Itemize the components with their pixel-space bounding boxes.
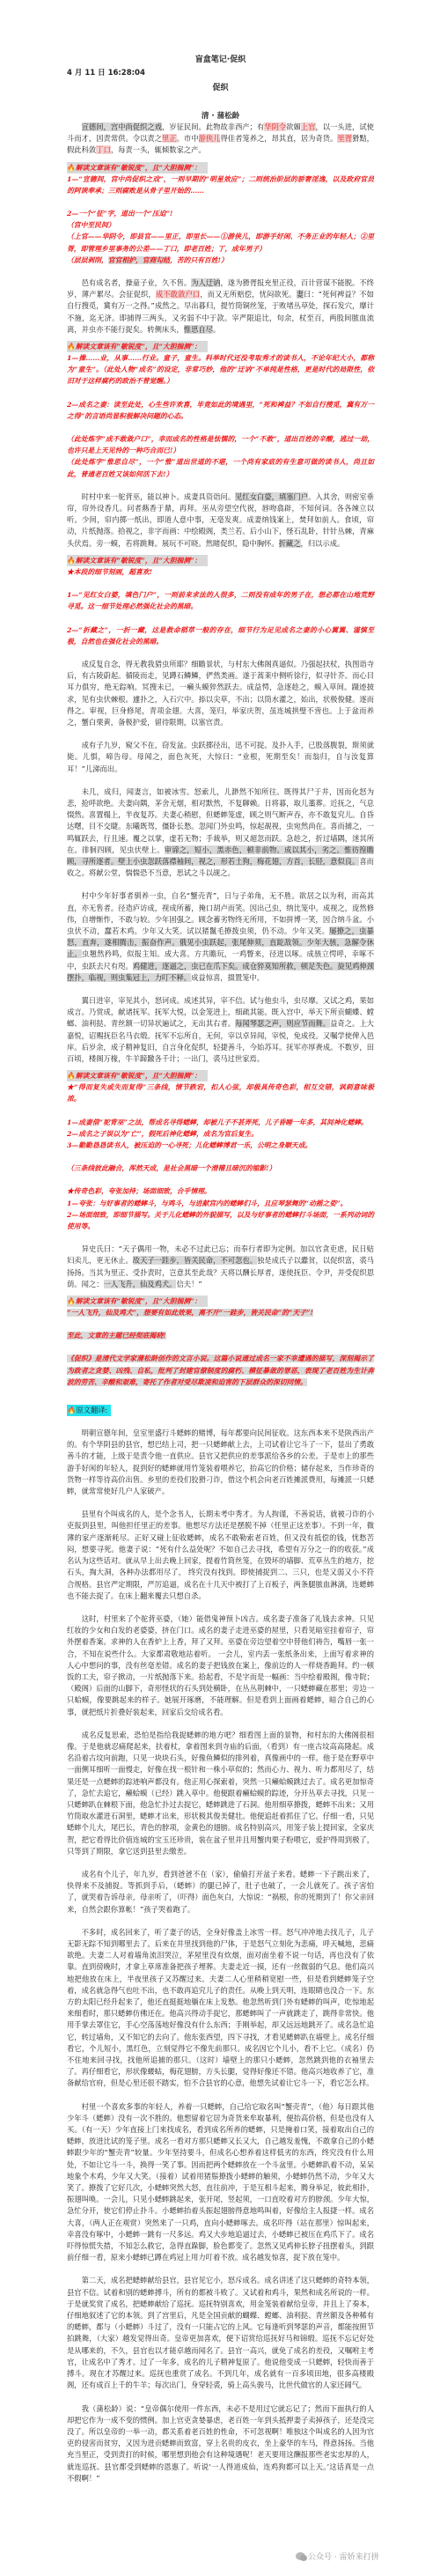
- text: 。市中: [177, 134, 199, 143]
- note: 1—成妻借“驼背巫”之法，帮成名寻得蟋蟀，却被儿子不甚弄死，儿子昏睡一年多，其间…: [67, 1117, 374, 1128]
- fire-icon: 🔥: [67, 1072, 76, 1080]
- spacer: [67, 480, 374, 491]
- highlight: 折藏之: [279, 539, 301, 548]
- red-keyword: 成不敢敛户口: [156, 290, 200, 299]
- spacer: [67, 266, 374, 277]
- note: 2—场面细致，即细节描写。关于儿化蟋蟀的外貌描写，以及与好事者的蟋蟀打斗场面，一…: [67, 1209, 374, 1232]
- article-title: 促织: [67, 83, 374, 93]
- original-paragraph-9: 异史氏曰：“天子偶用一物，未必不过此已忘；而奉行者即为定例。加以官贪吏虐，民日贴…: [67, 1244, 374, 1290]
- note: （宫中至民间）: [67, 219, 374, 231]
- text: 邑有成名者，操童子业，久不售。: [82, 278, 192, 287]
- text: 未几，成归，闻妻言，如被冰雪。怒索儿，儿渺然不知所往。既得其尸于井，因而化怒为悲…: [67, 787, 374, 854]
- translation-paragraph: 不多时，成名回来了，听了妻子的话，全身好像盖上冰雪一样。怒气冲冲地去找儿子，儿子…: [67, 1927, 374, 2090]
- spacer: [67, 422, 374, 433]
- spacer: [67, 1857, 374, 1869]
- fire-icon: 🔥: [67, 1406, 76, 1414]
- note: 1—“宣德间，宫中尚促织之戏”，一则早期的“明星效应”；二则统治阶层的骄奢淫逸，…: [67, 173, 374, 196]
- wechat-icon: [296, 2552, 305, 2560]
- translation-paragraph: 第二天，成名把蟋蟀献给县官，县官见它小，怒斥成名。成名讲述了这只蟋蟀的奇特本领，…: [67, 2275, 374, 2391]
- annotation-heading-text: 解读文章该有“敏锐度”，且“大胆揣测”：: [76, 343, 202, 351]
- highlight: 宣德间，宫中尚促织之戏: [82, 122, 162, 131]
- original-paragraph-6: 未几，成归，闻妻言，如被冰雪。怒索儿，儿渺然不知所往。既得其尸于井，因而化怒为悲…: [67, 786, 374, 880]
- fire-icon: 🔥: [67, 164, 76, 172]
- highlight: “一人飞升，仙及鸡犬”，想要有如此效果，离不开“一跬步，皆关民命”的“天子”!: [67, 1309, 313, 1317]
- note: 2—成名之子误以为“亡”，假死后神化蟋蟀，成名为官后复生。: [67, 1128, 374, 1140]
- highlight: 为人迂讷: [191, 278, 220, 287]
- note: ★“得而复失或失而复得”三条线，情节跌宕，扣人心弦，却极具传奇色彩，相互交错，讽…: [67, 1081, 374, 1104]
- spacer: [67, 2263, 374, 2275]
- original-paragraph-4: 成反复自念，得无教我猎虫所耶？细瞻景状，与村东大佛阁真逼似。乃强起扶杖，执图诣寺…: [67, 659, 374, 728]
- spacer: [67, 1388, 374, 1399]
- annotation-heading: 🔥解读文章该有“敏锐度”，且“大胆揣测”：: [67, 1295, 208, 1307]
- spacer: [67, 775, 374, 786]
- note: （此处炼字“成不敢敛户口”，幸而成名的性格是怯懦的，一个“不敢”，道出百姓的辛酸…: [67, 433, 374, 456]
- spacer: [67, 1718, 374, 1730]
- spacer: [67, 388, 374, 399]
- document-page: 盲盒笔记·促织 4 月 11 日 16:28:04 促织 清 · 蒲松龄 宣德间…: [67, 0, 374, 2484]
- red-keyword: 丁口: [96, 145, 111, 154]
- text: 欲媚: [286, 122, 301, 131]
- highlight: 每闻琴瑟之声，则应节而舞。: [235, 1019, 330, 1028]
- text: 。: [213, 325, 220, 334]
- spacer: [67, 1105, 374, 1117]
- spacer: [67, 578, 374, 589]
- spacer: [67, 728, 374, 740]
- highlight: 故天子一跬步，皆关民命，不可忽也。: [133, 1256, 257, 1265]
- fire-icon: 🔥: [67, 557, 76, 565]
- annotation-heading-text: 解读文章该有“敏锐度”，且“大胆揣测”：: [76, 557, 202, 565]
- spacer: [67, 1341, 374, 1353]
- translation-paragraph: 成名反复思索，恐怕是指给我捉蟋蟀的地方吧？细看图上面的景物，和村东的大佛阁很相像…: [67, 1730, 374, 1857]
- highlight: 惟思自尽: [184, 325, 213, 334]
- translation-paragraph: 这时，村里来了个驼背巫婆，（她）能借鬼神预卜凶吉。成名妻子准备了礼钱去求神。只见…: [67, 1613, 374, 1718]
- spacer: [67, 196, 374, 208]
- note: 1—夸张：与好事者的蟋蟀斗，与鸡斗，与进献宫内的蟋蟀们斗，且应琴瑟舞的“动摇之姿…: [67, 1198, 374, 1209]
- original-paragraph-7: 村中少年好事者驯养一虫，自名“蟹壳青”，日与子弟角，无不胜。欲居之以为利，而高其…: [67, 890, 374, 984]
- highlight: 见红女白婆，填塞门户: [235, 492, 308, 501]
- fire-icon: 🔥: [67, 1297, 76, 1305]
- doc-title: 盲盒笔记·促织: [67, 55, 374, 65]
- original-paragraph-2: 邑有成名者，操童子业，久不售。为人迂讷，遂为猾胥报充里正役，百计营谋不能脱。不终…: [67, 277, 374, 336]
- red-keyword: 华阴令: [264, 122, 286, 131]
- spacer: [67, 1151, 374, 1163]
- note: ★传奇色彩，夸张加持；场面细致，合乎情理。: [67, 1185, 374, 1197]
- text: ，而又无所赔偿，忧闷欲死。: [200, 290, 296, 299]
- note: ★本段的细节刻画，超喜欢!: [67, 566, 374, 578]
- note: 2—成名之妻：读至此处，心生些许欢喜，毕竟如此的境遇里，“死和裨益？不如自行搜觅…: [67, 399, 374, 422]
- spacer: [67, 879, 374, 890]
- spacer: [67, 1232, 374, 1244]
- note: 1—“见红女白婆，填色门户”，一则前来求法的人很多，二则没有成年的男子在，想必都…: [67, 589, 374, 612]
- original-paragraph-8: 翼日进宰，宰见其小，怒诃成。成述其异，宰不信。试与他虫斗，虫尽靡。又试之鸡，果如…: [67, 995, 374, 1065]
- translation-paragraph: 县里有个叫成名的人，是个念书人，长期未考中秀才。为人拘谨，不善说话，就被刁诈的小…: [67, 1509, 374, 1602]
- original-paragraph-3: 时村中来一驼背巫，能以神卜。成妻具资诣问。见红女白婆，填塞门户。入其舍，则密室垂…: [67, 491, 374, 550]
- annotation-heading: 🔥解读文章该有“敏锐度”，且“大胆揣测”：: [67, 1070, 208, 1081]
- fire-icon: 🔥: [67, 343, 76, 351]
- red-keyword: 游侠儿: [199, 134, 221, 143]
- text: 村中少年好事者驯养一虫，自名“蟹壳青”，日与子弟角，无不胜。欲居之以为利，而高其…: [67, 891, 374, 935]
- highlight: 至此，文章的主题已经彻底揭晓!: [67, 1332, 166, 1340]
- spacer: [67, 2090, 374, 2101]
- spacer: [67, 1915, 374, 1927]
- note: 2—一个“征”字，道出一个“压迫”!: [67, 208, 374, 219]
- annotation-heading: 🔥解读文章该有“敏锐度”，且“大胆揣测”：: [67, 555, 208, 566]
- text: ，苦的只有百姓!）: [170, 256, 228, 264]
- annotation-heading-text: 解读文章该有“敏锐度”，且“大胆揣测”：: [76, 1072, 202, 1080]
- note: 2—“折藏之”，一折一藏，这是救命稻草一般的存在，细节行为足见成名之妻的小心翼翼…: [67, 624, 374, 647]
- translation-heading: 🔥原文翻译:: [67, 1405, 111, 1416]
- note: 1—操……业，从事……行业。童子，童生。科举时代还没考取秀才的读书人，不论年纪大…: [67, 352, 374, 388]
- highlight: 妻: [297, 290, 304, 299]
- note: （三条线彼此融合，浑然天成，是社会黑暗一个滑稽且暗沉的缩影!）: [67, 1163, 374, 1174]
- original-paragraph-5: 成有子九岁，窥父不在，窃发盆。虫跃掷径出，迅不可捉。及扑入手，已股落腹裂，斯须就…: [67, 740, 374, 775]
- spacer: [67, 1318, 374, 1330]
- text: ，岁征民间。此物故非西产；有: [162, 122, 264, 131]
- red-keyword: 上官: [301, 122, 316, 131]
- spacer: [67, 984, 374, 995]
- spacer: [67, 1497, 374, 1509]
- spacer: [67, 1602, 374, 1613]
- note: 3—勤勤恳恳读书人，被压迫的一心寻死；儿化蟋蟀博君一乐，公明之身顺天成。: [67, 1140, 374, 1151]
- spacer: [67, 1416, 374, 1428]
- note: （此处炼字“惟思自尽”，一个“惟”道出世道的不堪，一个尚有家底的有生意可做的读书…: [67, 456, 374, 479]
- red-keyword: 里正: [162, 134, 177, 143]
- spacer: [67, 613, 374, 624]
- note: （层层剥削，官官相护，官商勾结，苦的只有百姓!）: [67, 255, 374, 266]
- text: 成益惊喜，掇置笼中。: [191, 973, 264, 982]
- translation-paragraph: 我（蒲松龄）说：“皇帝偶尔使用一件东西，未必不是用过它就忘记了；然而下面执行的人…: [67, 2403, 374, 2484]
- watermark: 公众号 · 雷娇来打拼: [296, 2550, 379, 2562]
- text: 得佳者笼养之，昂其直，居为奇货。: [220, 134, 337, 143]
- timestamp: 4 月 11 日 16:28:04: [67, 67, 374, 79]
- annotation-heading-text: 解读文章该有“敏锐度”，且“大胆揣测”：: [76, 164, 202, 172]
- text: ，归以示成。: [301, 539, 345, 548]
- note: 《促织》是清代文学家蒲松龄创作的文言小说。这篇小说通过成名一家不幸遭遇的描写，深…: [67, 1353, 374, 1388]
- highlight: 一人飞升，仙及鸡犬。: [104, 1280, 177, 1288]
- author-line: 清 · 蒲松龄: [67, 111, 374, 122]
- translation-paragraph: 成名有个儿子，年九岁，看到爸爸不在（家），偷偷打开盆子来看。蟋蟀一下子跳出来了，…: [67, 1869, 374, 1915]
- translation-heading-text: 原文翻译:: [76, 1406, 107, 1414]
- summary-highlight: 《促织》是清代文学家蒲松龄创作的文言小说。这篇小说通过成名一家不幸遭遇的描写，深…: [67, 1354, 374, 1385]
- spacer: [67, 1174, 374, 1185]
- annotation-heading: 🔥解读文章该有“敏锐度”，且“大胆揣测”：: [67, 341, 208, 352]
- watermark-label: 公众号 · 雷娇来打拼: [308, 2550, 379, 2562]
- spacer: [67, 2392, 374, 2403]
- text: 信夫！”: [176, 1280, 202, 1288]
- translation-paragraph: 明朝宣德年间，皇室里盛行斗蟋蟀的赌博，每年都要向民间征收。这东西本来不是陕西出产…: [67, 1428, 374, 1497]
- text: ，每责一头，辄倾数家之产。: [111, 145, 206, 154]
- annotation-heading-text: 解读文章该有“敏锐度”，且“大胆揣测”：: [76, 1297, 202, 1305]
- spacer: [67, 647, 374, 659]
- red-keyword: 里胥: [337, 134, 352, 143]
- text: 时村中来一驼背巫，能以神卜。成妻具资诣问。: [82, 492, 236, 501]
- note: “一人飞升，仙及鸡犬”，想要有如此效果，离不开“一跬步，皆关民命”的“天子”!: [67, 1307, 374, 1318]
- text: （层层剥削，: [67, 256, 108, 264]
- note: （上官——华阴令，即县官——里正，即里长——①游侠儿，即游手好闲、不务正业的年轻…: [67, 231, 374, 254]
- note: 至此，文章的主题已经彻底揭晓!: [67, 1330, 374, 1341]
- translation-paragraph: 村里一个喜欢多事的年轻人，养着一只蟋蟀，自己给它取名叫“蟹壳青”，（他）每日跟其…: [67, 2101, 374, 2264]
- original-paragraph-1: 宣德间，宫中尚促织之戏，岁征民间。此物故非西产；有华阴令欲媚上官，以一头进，试使…: [67, 122, 374, 157]
- highlight: 官官相护，官商勾结: [108, 256, 170, 264]
- annotation-heading: 🔥解读文章该有“敏锐度”，且“大胆揣测”：: [67, 162, 208, 173]
